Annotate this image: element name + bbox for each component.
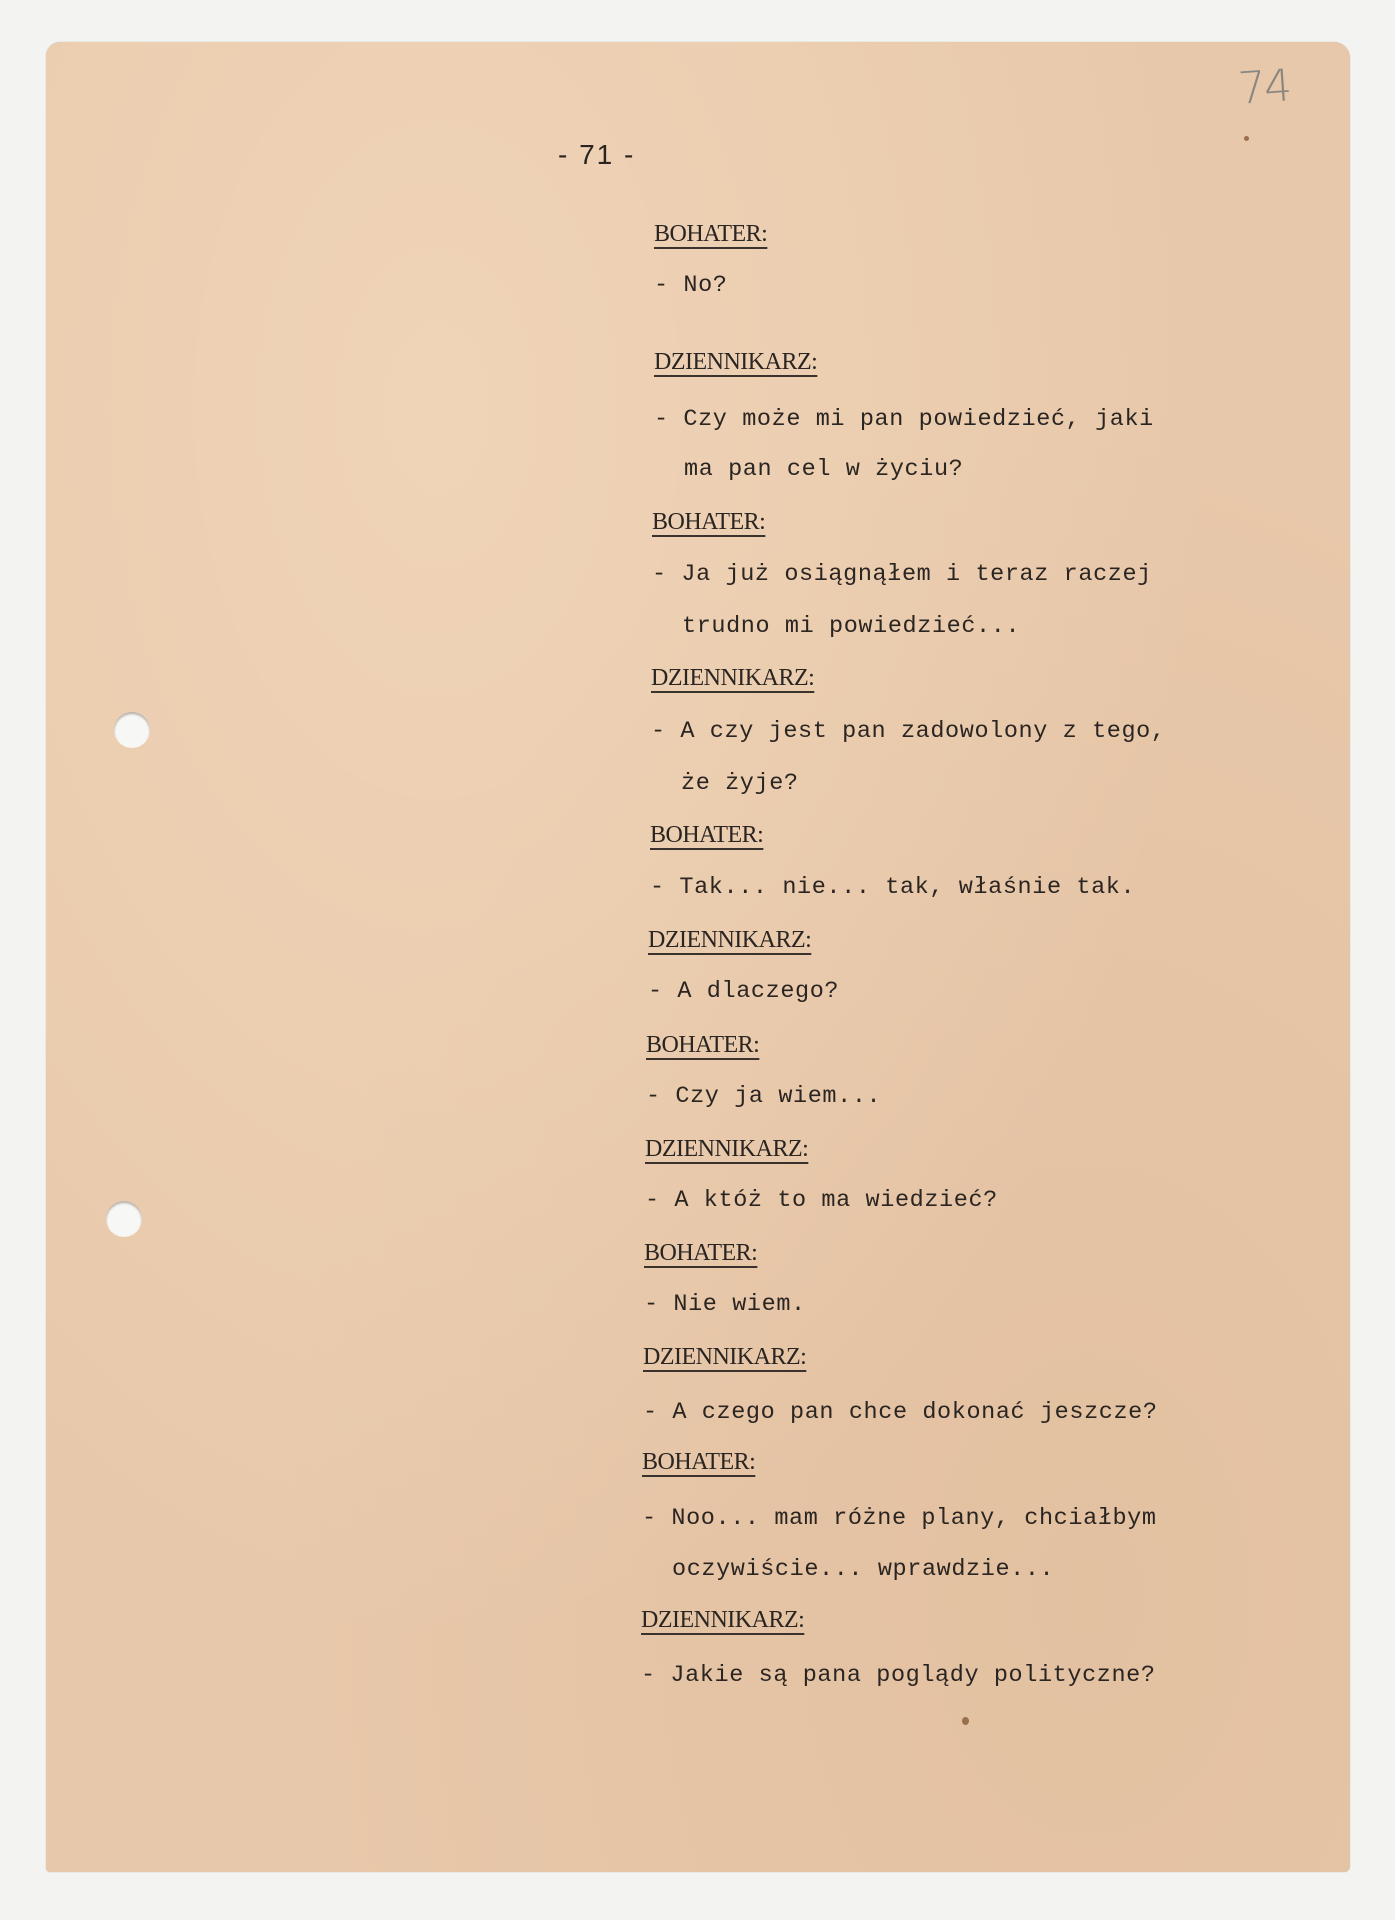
paper-speck	[962, 1717, 969, 1725]
dialogue-continuation: ma pan cel w życiu?	[684, 458, 963, 482]
typewritten-page	[46, 42, 1350, 1872]
dialogue-line: - Czy może mi pan powiedzieć, jaki	[654, 408, 1154, 432]
dialogue-line: - No?	[654, 274, 728, 298]
page-number: - 71 -	[558, 139, 635, 171]
speaker-label: DZIENNIKARZ:	[641, 1608, 804, 1632]
speaker-label: BOHATER:	[646, 1033, 759, 1057]
speaker-label: DZIENNIKARZ:	[651, 666, 814, 690]
dialogue-line: - Noo... mam różne plany, chciałbym	[642, 1507, 1157, 1531]
dialogue-continuation: że żyje?	[681, 772, 799, 796]
dialogue-line: - Czy ja wiem...	[646, 1085, 881, 1109]
dialogue-line: - Tak... nie... tak, właśnie tak.	[650, 876, 1135, 900]
paper-speck	[1244, 136, 1249, 141]
dialogue-line: - Nie wiem.	[644, 1293, 806, 1317]
speaker-label: DZIENNIKARZ:	[648, 928, 811, 952]
dialogue-line: - A czy jest pan zadowolony z tego,	[651, 720, 1166, 744]
speaker-label: BOHATER:	[652, 510, 765, 534]
punch-hole-upper	[114, 712, 150, 748]
punch-hole-lower	[106, 1201, 142, 1237]
dialogue-line: - A dlaczego?	[648, 980, 839, 1004]
speaker-label: BOHATER:	[642, 1450, 755, 1474]
dialogue-line: - Jakie są pana poglądy polityczne?	[641, 1664, 1156, 1688]
dialogue-line: - A czego pan chce dokonać jeszcze?	[643, 1401, 1158, 1425]
dialogue-line: - A któż to ma wiedzieć?	[645, 1189, 998, 1213]
dialogue-continuation: oczywiście... wprawdzie...	[672, 1558, 1054, 1582]
speaker-label: DZIENNIKARZ:	[645, 1137, 808, 1161]
speaker-label: BOHATER:	[644, 1241, 757, 1265]
dialogue-continuation: trudno mi powiedzieć...	[682, 615, 1020, 639]
speaker-label: DZIENNIKARZ:	[654, 350, 817, 374]
speaker-label: BOHATER:	[650, 823, 763, 847]
speaker-label: BOHATER:	[654, 222, 767, 246]
dialogue-line: - Ja już osiągnąłem i teraz raczej	[652, 563, 1152, 587]
handwritten-folio-number: 74	[1236, 60, 1291, 115]
speaker-label: DZIENNIKARZ:	[643, 1345, 806, 1369]
